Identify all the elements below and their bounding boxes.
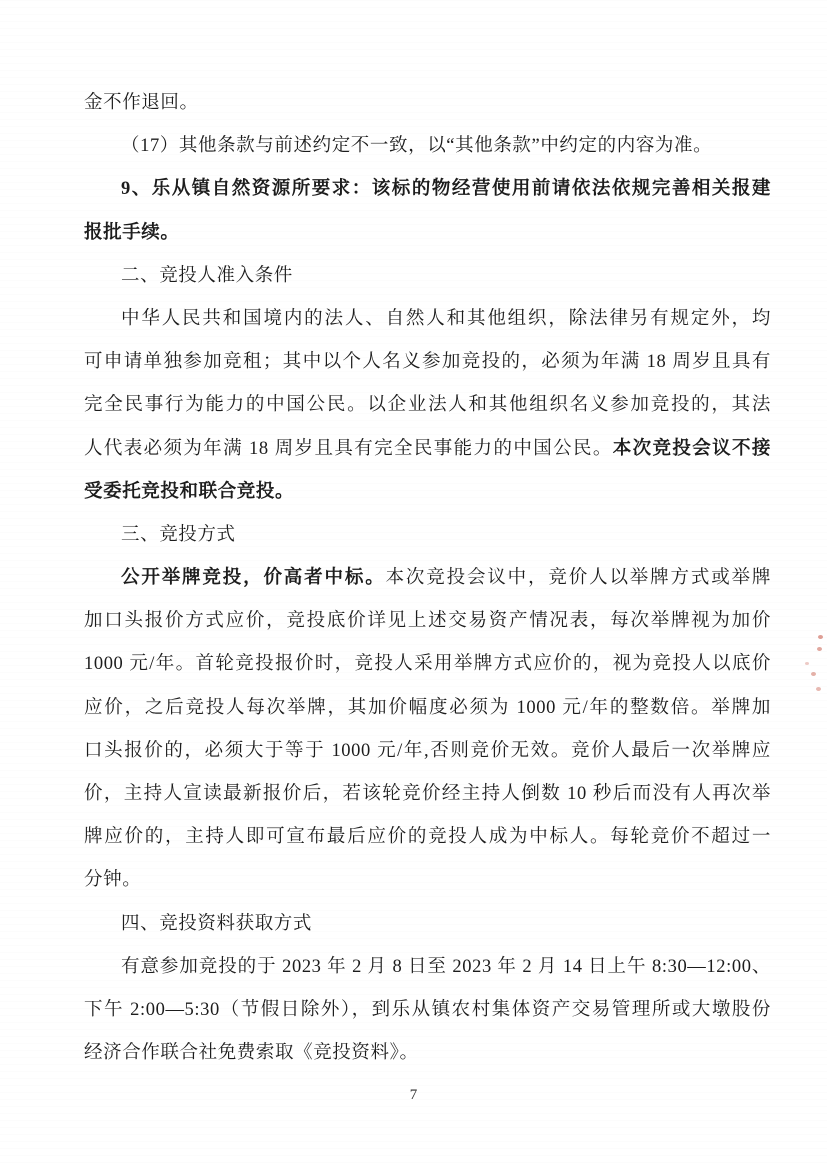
section-heading-2: 二、竞投人准入条件 <box>84 255 771 298</box>
clause-17-line: （17）其他条款与前述约定不一致，以“其他条款”中约定的内容为准。 <box>84 125 771 168</box>
text-run: 牌应价的，主持人即可宣布最后应价的竞投人成为中标人。每轮竞价不超过一 <box>84 827 771 847</box>
text-run: 四、竞投资料获取方式 <box>121 914 312 934</box>
paragraph-line: 中华人民共和国境内的法人、自然人和其他组织，除法律另有规定外，均 <box>84 298 771 341</box>
text-run: 1000 元/年。首轮竞投报价时，竞投人采用举牌方式应价的，视为竞投人以底价 <box>84 654 771 674</box>
paragraph-line: 下午 2:00—5:30（节假日除外），到乐从镇农村集体资产交易管理所或大墩股份 <box>84 989 771 1032</box>
text-run: 本次竞投会议中，竞价人以举牌方式或举牌 <box>386 568 771 588</box>
bold-text-run: 9、乐从镇自然资源所要求：该标的物经营使用前请依法依规完善相关报建 <box>121 179 771 199</box>
text-run: 有意参加竞投的于 2023 年 2 月 8 日至 2023 年 2 月 14 日… <box>121 957 771 977</box>
paragraph-line: 公开举牌竞投，价高者中标。本次竞投会议中，竞价人以举牌方式或举牌 <box>84 557 771 600</box>
clause-9-line: 9、乐从镇自然资源所要求：该标的物经营使用前请依法依规完善相关报建 <box>84 168 771 211</box>
seal-edge-speck <box>811 672 816 676</box>
paragraph-line: 受委托竞投和联合竞投。 <box>84 471 771 514</box>
bold-text-run: 公开举牌竞投，价高者中标。 <box>121 568 386 588</box>
seal-edge-speck <box>816 687 821 691</box>
bold-text-run: 受委托竞投和联合竞投。 <box>84 482 294 502</box>
text-run: 三、竞投方式 <box>121 525 236 545</box>
paragraph-line: 口头报价的，必须大于等于 1000 元/年,否则竞价无效。竞价人最后一次举牌应 <box>84 730 771 773</box>
paragraph-line: 经济合作联合社免费索取《竞投资料》。 <box>84 1032 771 1075</box>
text-run: 人代表必须为年满 18 周岁且具有完全民事能力的中国公民。 <box>84 439 613 459</box>
seal-edge-speck <box>818 635 823 639</box>
text-run: 完全民事行为能力的中国公民。以企业法人和其他组织名义参加竞投的，其法 <box>84 395 771 415</box>
paragraph-line: 牌应价的，主持人即可宣布最后应价的竞投人成为中标人。每轮竞价不超过一 <box>84 816 771 859</box>
text-run: 口头报价的，必须大于等于 1000 元/年,否则竞价无效。竞价人最后一次举牌应 <box>84 741 771 761</box>
text-run: 金不作退回。 <box>84 93 199 113</box>
paragraph-line: 可申请单独参加竞租；其中以个人名义参加竞投的，必须为年满 18 周岁且具有 <box>84 341 771 384</box>
text-run: 可申请单独参加竞租；其中以个人名义参加竞投的，必须为年满 18 周岁且具有 <box>84 352 771 372</box>
bold-text-run: 本次竞投会议不接 <box>613 439 771 459</box>
text-run: 经济合作联合社免费索取《竞投资料》。 <box>84 1043 419 1063</box>
paragraph-line: 金不作退回。 <box>84 82 771 125</box>
document-body: 金不作退回。（17）其他条款与前述约定不一致，以“其他条款”中约定的内容为准。9… <box>84 82 771 1075</box>
paragraph-line: 1000 元/年。首轮竞投报价时，竞投人采用举牌方式应价的，视为竞投人以底价 <box>84 643 771 686</box>
paragraph-line: 分钟。 <box>84 859 771 902</box>
text-run: 应价，之后竞投人每次举牌，其加价幅度必须为 1000 元/年的整数倍。举牌加 <box>84 698 771 718</box>
paragraph-line: 价，主持人宣读最新报价后，若该轮竞价经主持人倒数 10 秒后而没有人再次举 <box>84 773 771 816</box>
paragraph-line: 有意参加竞投的于 2023 年 2 月 8 日至 2023 年 2 月 14 日… <box>84 946 771 989</box>
text-run: （17）其他条款与前述约定不一致，以“其他条款”中约定的内容为准。 <box>121 136 712 156</box>
text-run: 价，主持人宣读最新报价后，若该轮竞价经主持人倒数 10 秒后而没有人再次举 <box>84 784 771 804</box>
text-run: 分钟。 <box>84 870 141 890</box>
seal-edge-speck <box>805 662 809 665</box>
paragraph-line: 应价，之后竞投人每次举牌，其加价幅度必须为 1000 元/年的整数倍。举牌加 <box>84 687 771 730</box>
paragraph-line: 完全民事行为能力的中国公民。以企业法人和其他组织名义参加竞投的，其法 <box>84 384 771 427</box>
page-number: 7 <box>0 1087 827 1104</box>
text-run: 中华人民共和国境内的法人、自然人和其他组织，除法律另有规定外，均 <box>121 309 771 329</box>
text-run: 二、竞投人准入条件 <box>121 266 293 286</box>
document-page: { "page": { "number": "7", "background":… <box>0 0 827 1169</box>
section-heading-4: 四、竞投资料获取方式 <box>84 903 771 946</box>
bold-text-run: 报批手续。 <box>84 223 180 243</box>
paragraph-line: 加口头报价方式应价，竞投底价详见上述交易资产情况表，每次举牌视为加价 <box>84 600 771 643</box>
text-run: 加口头报价方式应价，竞投底价详见上述交易资产情况表，每次举牌视为加价 <box>84 611 771 631</box>
text-run: 下午 2:00—5:30（节假日除外），到乐从镇农村集体资产交易管理所或大墩股份 <box>84 1000 771 1020</box>
clause-9-line: 报批手续。 <box>84 212 771 255</box>
paragraph-line: 人代表必须为年满 18 周岁且具有完全民事能力的中国公民。本次竞投会议不接 <box>84 428 771 471</box>
section-heading-3: 三、竞投方式 <box>84 514 771 557</box>
seal-edge-speck <box>817 647 822 651</box>
